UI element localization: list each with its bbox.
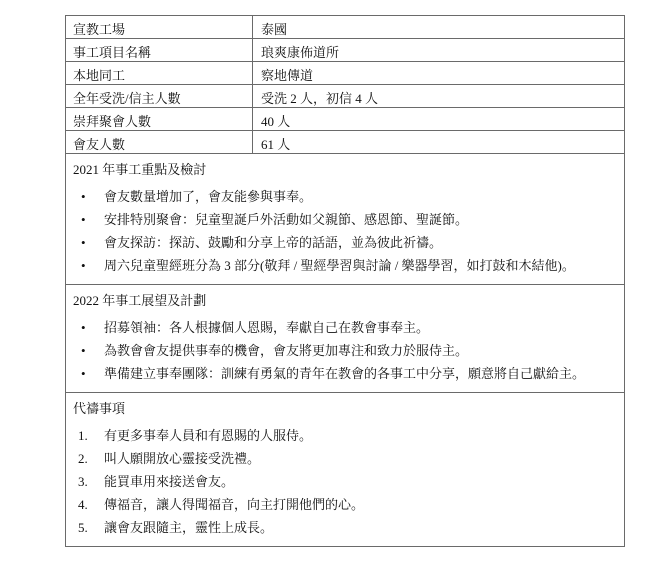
table-row-baptisms: 全年受洗/信主人數 受洗 2 人，初信 4 人 <box>66 85 624 108</box>
mission-report-table: 宣教工場 泰國 事工項目名稱 琅爽康佈道所 本地同工 察地傳道 全年受洗/信主人… <box>65 15 625 547</box>
list-item-text: 招募領袖：各人根據個人恩賜，奉獻自己在教會事奉主。 <box>104 316 616 339</box>
table-row-mission-field: 宣教工場 泰國 <box>66 16 624 39</box>
section-title: 2022 年事工展望及計劃 <box>72 289 616 312</box>
list-item-text: 安排特別聚會：兒童聖誕戶外活動如父親節、感恩節、聖誕節。 <box>104 208 616 231</box>
document-page: 宣教工場 泰國 事工項目名稱 琅爽康佈道所 本地同工 察地傳道 全年受洗/信主人… <box>0 0 667 570</box>
section-2022-plans: 2022 年事工展望及計劃 • 招募領袖：各人根據個人恩賜，奉獻自己在教會事奉主… <box>66 285 624 393</box>
list-item-text: 讓會友跟隨主，靈性上成長。 <box>104 516 616 539</box>
table-row-members: 會友人數 61 人 <box>66 131 624 154</box>
list-item: • 為教會會友提供事奉的機會，會友將更加專注和致力於服侍主。 <box>72 339 616 362</box>
list-item-text: 能買車用來接送會友。 <box>104 470 616 493</box>
bullet-marker: • <box>72 339 104 362</box>
list-item-text: 會友數量增加了，會友能參與事奉。 <box>104 185 616 208</box>
list-item: • 會友探訪：探訪、鼓勵和分享上帝的話語，並為彼此祈禱。 <box>72 231 616 254</box>
list-item-text: 會友探訪：探訪、鼓勵和分享上帝的話語，並為彼此祈禱。 <box>104 231 616 254</box>
row-value: 察地傳道 <box>253 62 624 84</box>
row-label: 會友人數 <box>66 131 253 153</box>
bullet-marker: • <box>72 254 104 277</box>
section-title: 2021 年事工重點及檢討 <box>72 158 616 181</box>
row-label: 本地同工 <box>66 62 253 84</box>
list-item: 4. 傳福音，讓人得聞福音，向主打開他們的心。 <box>72 493 616 516</box>
list-item-text: 周六兒童聖經班分為 3 部分(敬拜 / 聖經學習與討論 / 樂器學習，如打鼓和木… <box>104 254 616 277</box>
row-value: 40 人 <box>253 108 624 130</box>
row-label: 崇拜聚會人數 <box>66 108 253 130</box>
table-row-local-coworker: 本地同工 察地傳道 <box>66 62 624 85</box>
list-item: 3. 能買車用來接送會友。 <box>72 470 616 493</box>
number-marker: 1. <box>72 424 104 447</box>
table-row-project-name: 事工項目名稱 琅爽康佈道所 <box>66 39 624 62</box>
table-row-worship-attendance: 崇拜聚會人數 40 人 <box>66 108 624 131</box>
list-item: • 準備建立事奉團隊：訓練有勇氣的青年在教會的各事工中分享，願意將自己獻給主。 <box>72 362 616 385</box>
row-value: 琅爽康佈道所 <box>253 39 624 61</box>
number-marker: 2. <box>72 447 104 470</box>
number-marker: 4. <box>72 493 104 516</box>
list-item: 2. 叫人願開放心靈接受洗禮。 <box>72 447 616 470</box>
number-marker: 5. <box>72 516 104 539</box>
bullet-marker: • <box>72 208 104 231</box>
list-item: • 會友數量增加了，會友能參與事奉。 <box>72 185 616 208</box>
list-item-text: 有更多事奉人員和有恩賜的人服侍。 <box>104 424 616 447</box>
list-item: • 安排特別聚會：兒童聖誕戶外活動如父親節、感恩節、聖誕節。 <box>72 208 616 231</box>
list-item-text: 傳福音，讓人得聞福音，向主打開他們的心。 <box>104 493 616 516</box>
section-title: 代禱事項 <box>72 397 616 420</box>
list-item-text: 叫人願開放心靈接受洗禮。 <box>104 447 616 470</box>
row-value: 受洗 2 人，初信 4 人 <box>253 85 624 107</box>
row-value: 泰國 <box>253 16 624 38</box>
section-prayer-items: 代禱事項 1. 有更多事奉人員和有恩賜的人服侍。 2. 叫人願開放心靈接受洗禮。… <box>66 393 624 546</box>
list-item-text: 為教會會友提供事奉的機會，會友將更加專注和致力於服侍主。 <box>104 339 616 362</box>
list-item-text: 準備建立事奉團隊：訓練有勇氣的青年在教會的各事工中分享，願意將自己獻給主。 <box>104 362 616 385</box>
bullet-marker: • <box>72 362 104 385</box>
section-2021-review: 2021 年事工重點及檢討 • 會友數量增加了，會友能參與事奉。 • 安排特別聚… <box>66 154 624 285</box>
row-label: 宣教工場 <box>66 16 253 38</box>
row-value: 61 人 <box>253 131 624 153</box>
list-item: 1. 有更多事奉人員和有恩賜的人服侍。 <box>72 424 616 447</box>
list-item: 5. 讓會友跟隨主，靈性上成長。 <box>72 516 616 539</box>
bullet-marker: • <box>72 316 104 339</box>
row-label: 全年受洗/信主人數 <box>66 85 253 107</box>
list-item: • 招募領袖：各人根據個人恩賜，奉獻自己在教會事奉主。 <box>72 316 616 339</box>
bullet-marker: • <box>72 185 104 208</box>
row-label: 事工項目名稱 <box>66 39 253 61</box>
bullet-marker: • <box>72 231 104 254</box>
number-marker: 3. <box>72 470 104 493</box>
list-item: • 周六兒童聖經班分為 3 部分(敬拜 / 聖經學習與討論 / 樂器學習，如打鼓… <box>72 254 616 277</box>
